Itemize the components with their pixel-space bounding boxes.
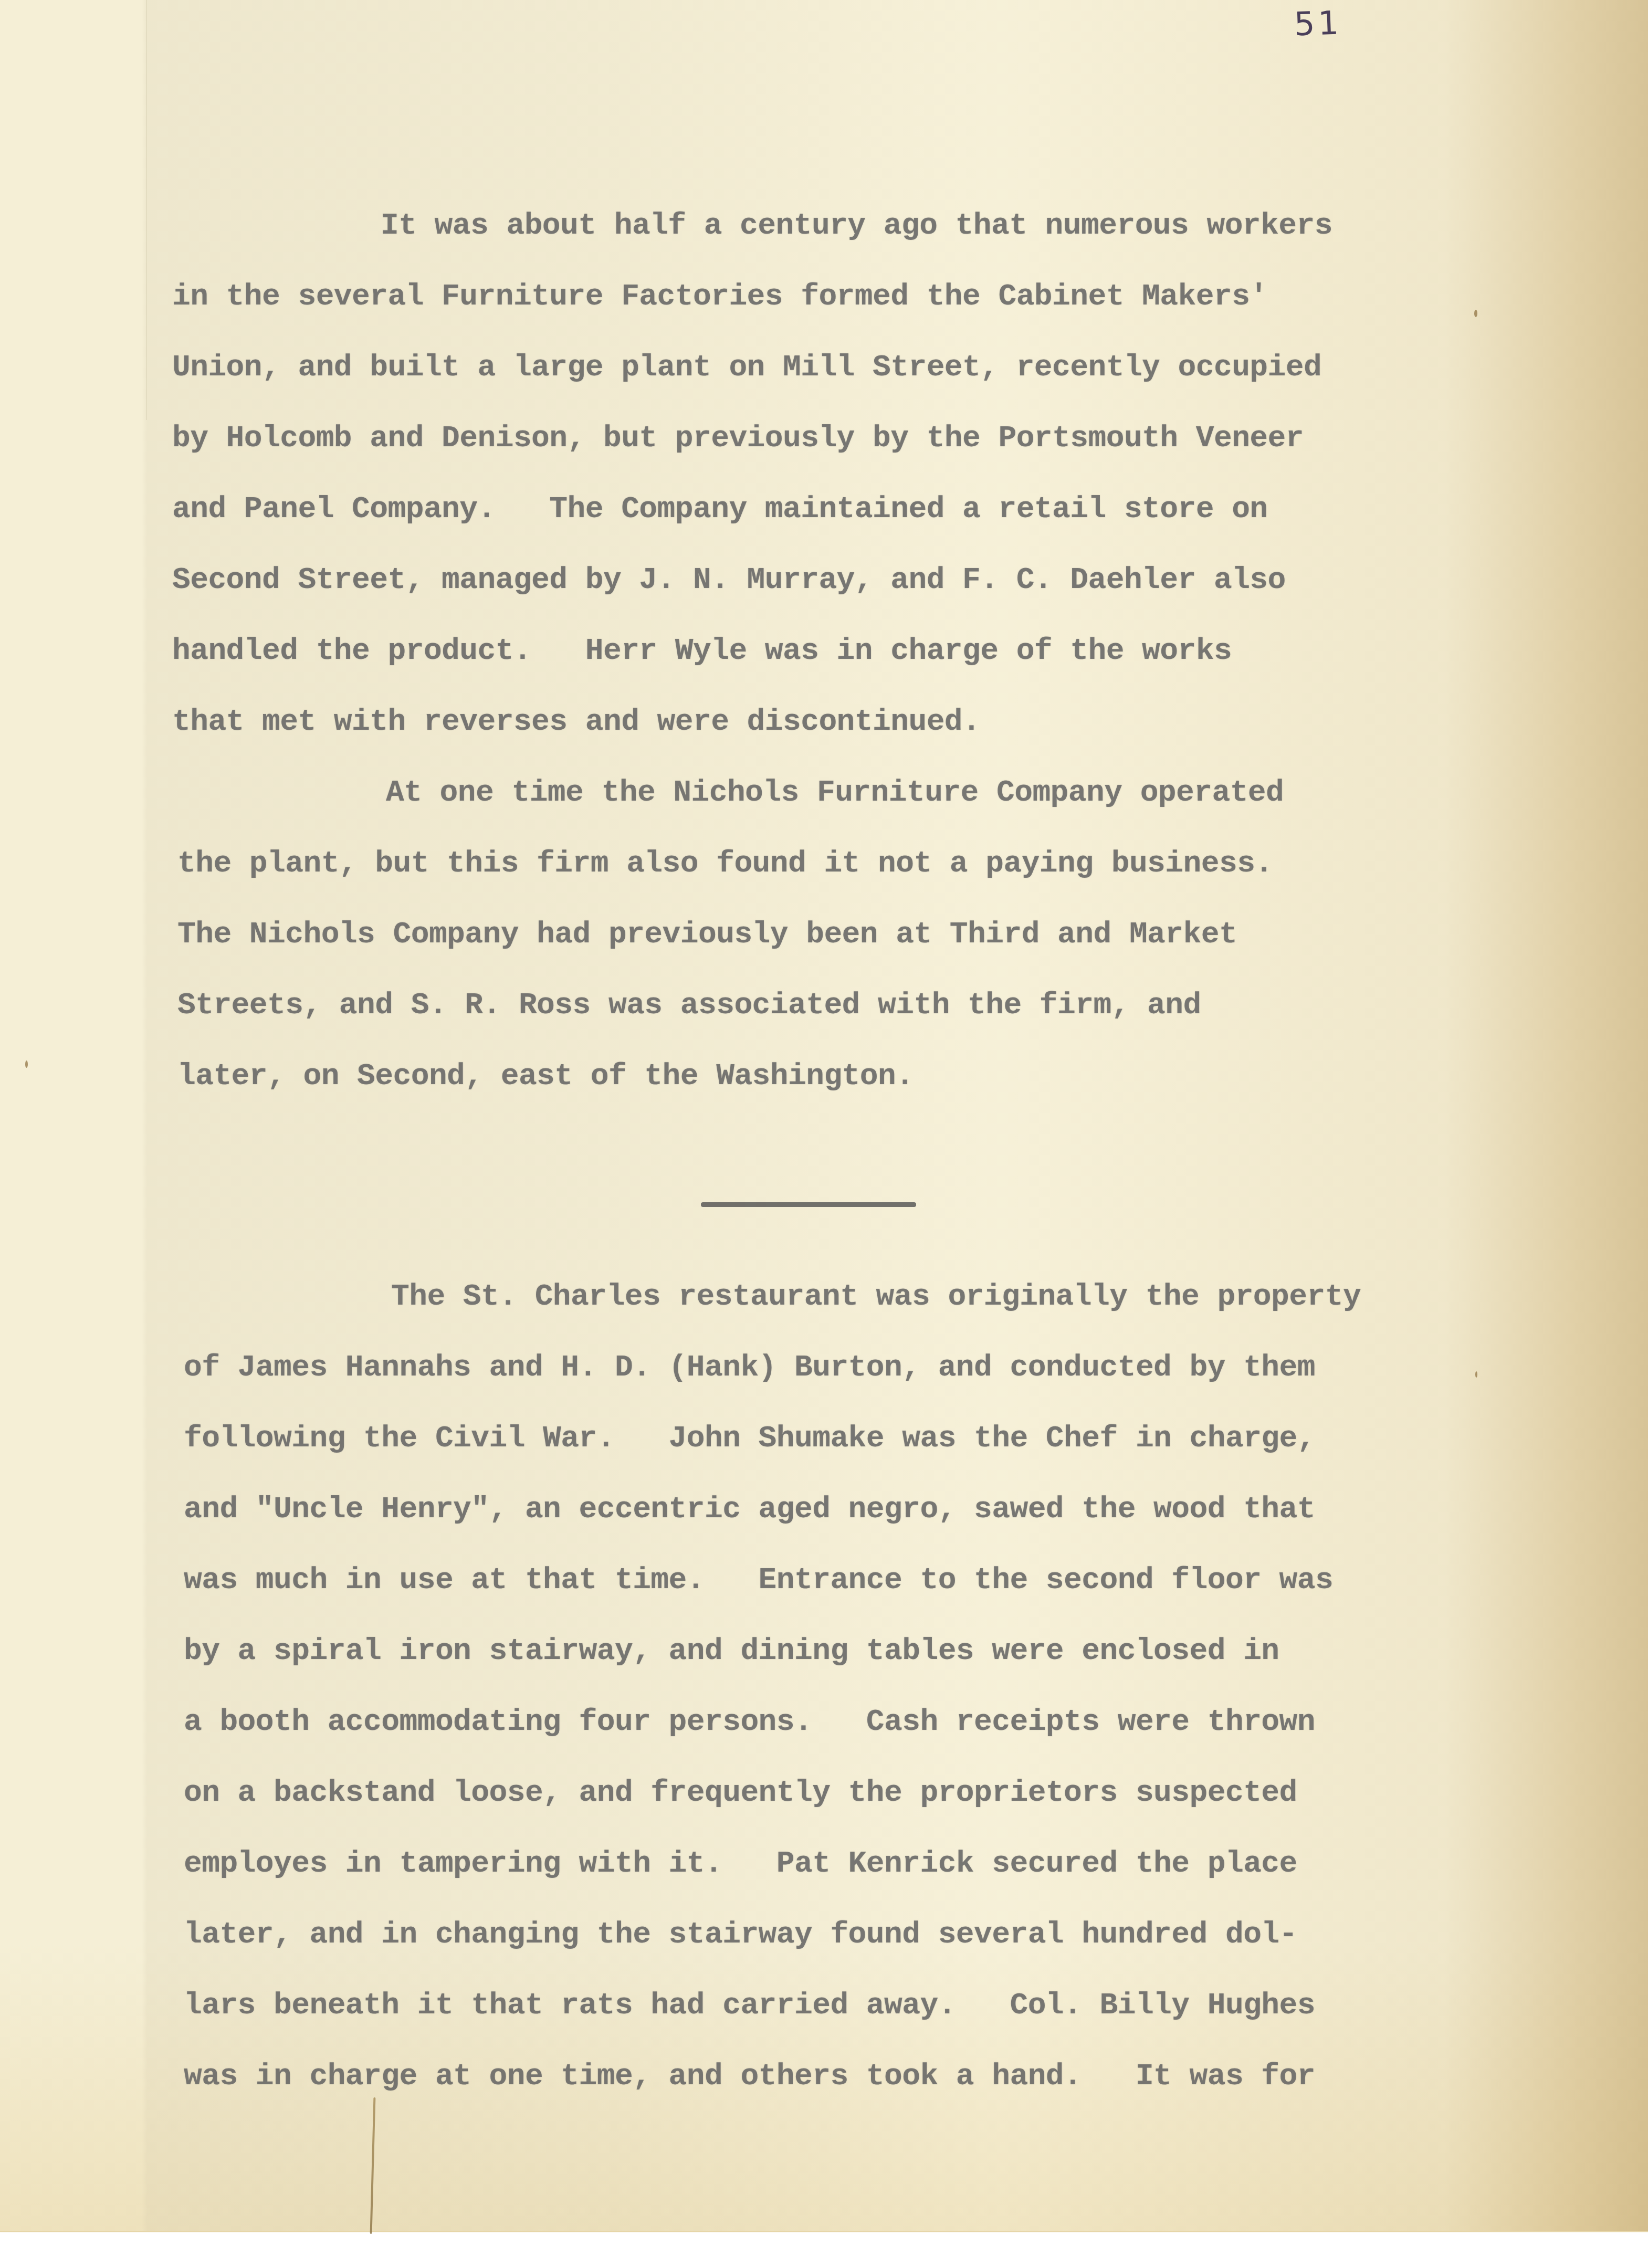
paragraph-3-line-12: was in charge at one time, and others to…: [184, 2062, 1315, 2092]
paragraph-3-line-5: was much in use at that time. Entrance t…: [184, 1566, 1333, 1596]
paragraph-1-line-7: handled the product. Herr Wyle was in ch…: [172, 636, 1232, 667]
paragraph-1-line-4: by Holcomb and Denison, but previously b…: [172, 424, 1304, 454]
paragraph-1-line-3: Union, and built a large plant on Mill S…: [172, 353, 1321, 383]
paper-tear: [370, 2097, 376, 2234]
paragraph-3-line-8: on a backstand loose, and frequently the…: [184, 1778, 1297, 1809]
paragraph-3-line-7: a booth accommodating four persons. Cash…: [184, 1707, 1315, 1738]
typewritten-page: 51 It was about half a century ago that …: [0, 0, 1648, 2232]
handwritten-page-number: 51: [1294, 3, 1342, 43]
paragraph-3-line-2: of James Hannahs and H. D. (Hank) Burton…: [184, 1353, 1315, 1383]
paragraph-2-line-4: Streets, and S. R. Ross was associated w…: [177, 991, 1201, 1021]
paragraph-3-line-3: following the Civil War. John Shumake wa…: [184, 1424, 1315, 1454]
paragraph-3-line-1: The St. Charles restaurant was originall…: [391, 1282, 1361, 1312]
ink-speck: [1475, 1371, 1477, 1378]
paragraph-3-line-9: employes in tampering with it. Pat Kenri…: [184, 1849, 1297, 1879]
paragraph-1-line-2: in the several Furniture Factories forme…: [172, 282, 1268, 312]
paragraph-2-line-3: The Nichols Company had previously been …: [177, 920, 1237, 950]
paragraph-1-line-1: It was about half a century ago that num…: [381, 211, 1332, 241]
paragraph-2-line-5: later, on Second, east of the Washington…: [177, 1062, 914, 1092]
paragraph-3-line-4: and "Uncle Henry", an eccentric aged neg…: [184, 1495, 1315, 1525]
section-separator-rule: [701, 1202, 916, 1207]
paragraph-3-line-6: by a spiral iron stairway, and dining ta…: [184, 1636, 1279, 1667]
paragraph-1-line-8: that met with reverses and were disconti…: [172, 707, 980, 738]
paper-fold: [146, 0, 147, 420]
paragraph-2-line-1: At one time the Nichols Furniture Compan…: [386, 778, 1284, 808]
ink-speck: [1474, 310, 1477, 317]
paragraph-1-line-5: and Panel Company. The Company maintaine…: [172, 495, 1268, 525]
ink-speck: [25, 1060, 28, 1068]
paragraph-1-line-6: Second Street, managed by J. N. Murray, …: [172, 565, 1286, 596]
paragraph-2-line-2: the plant, but this firm also found it n…: [177, 849, 1273, 879]
paragraph-3-line-11: lars beneath it that rats had carried aw…: [184, 1991, 1315, 2021]
paragraph-3-line-10: later, and in changing the stairway foun…: [184, 1920, 1297, 1950]
